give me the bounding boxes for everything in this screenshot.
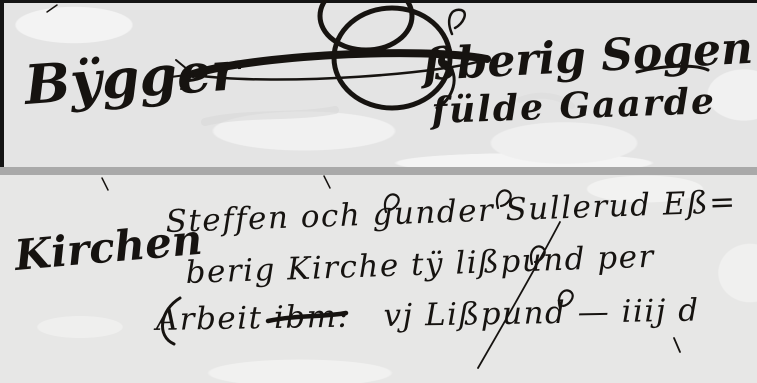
header-subline: fülde Gaarde xyxy=(428,80,717,132)
manuscript-scan: Bÿgger ßberig Sogen fülde Gaarde Kirchen… xyxy=(0,0,757,383)
entry-line-2: berig Kirche tÿ lißpund per xyxy=(185,239,656,291)
ghost-stroke xyxy=(205,110,335,122)
stray-tick xyxy=(324,176,330,188)
stray-tick xyxy=(47,5,57,12)
entry-line-1: Steffen och gunder Sullerud Eß= xyxy=(165,184,737,240)
handwriting-ink-layer: Bÿgger ßberig Sogen fülde Gaarde Kirchen… xyxy=(0,0,757,383)
ascender-curl xyxy=(449,10,465,34)
stray-tick xyxy=(102,178,108,190)
ink-dot xyxy=(255,60,259,64)
stray-tick xyxy=(674,338,680,352)
entry-line-3: Arbeit ibm: vj Lißpund — iiij d xyxy=(153,293,700,339)
